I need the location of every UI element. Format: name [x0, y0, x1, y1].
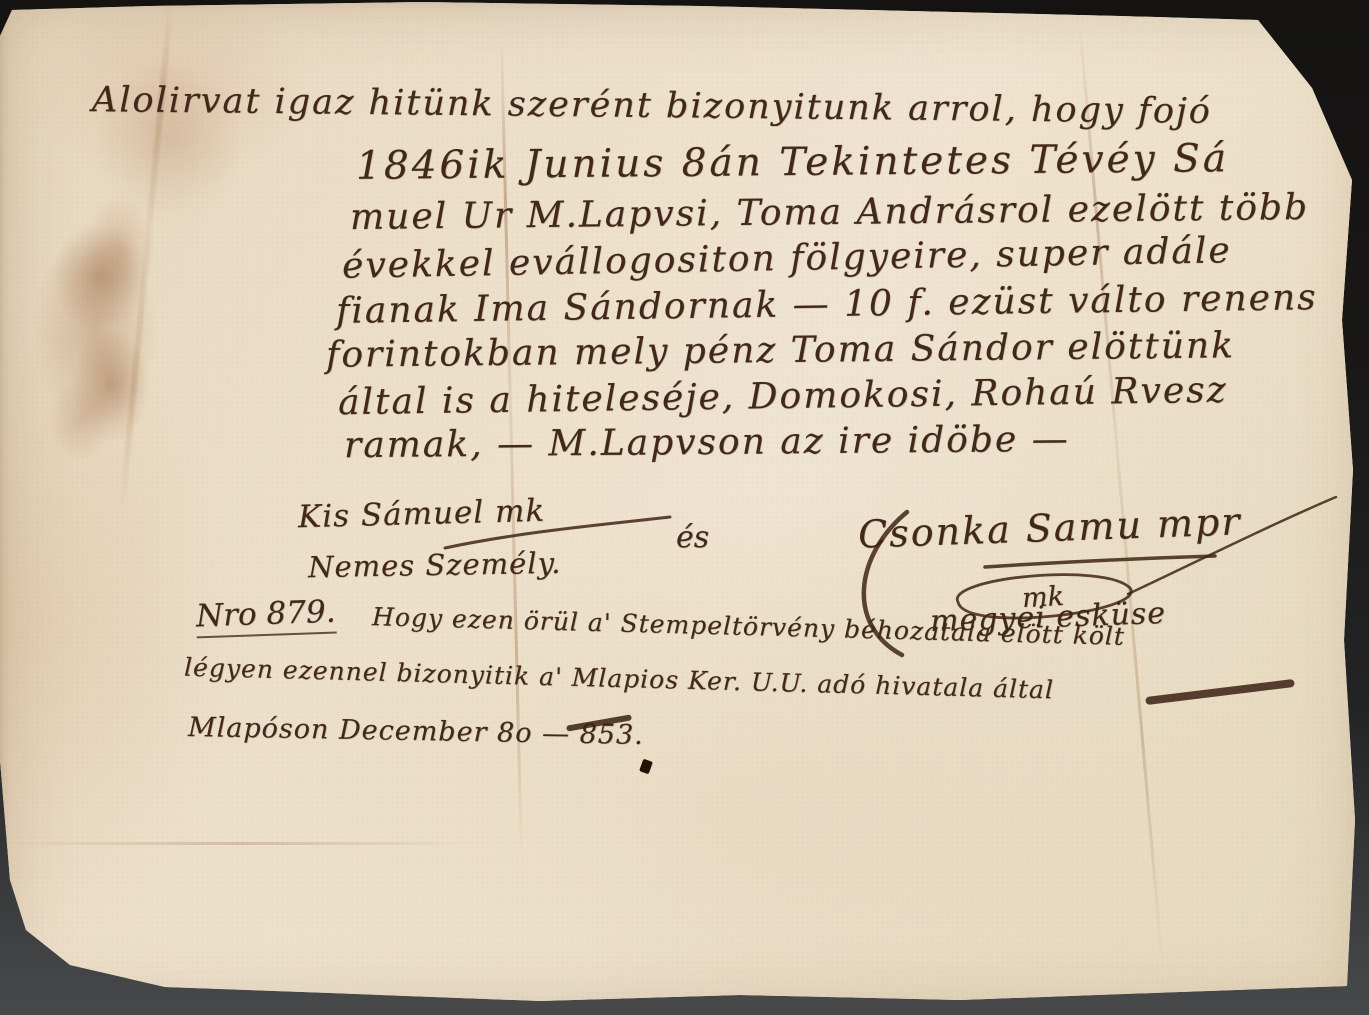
ink-stain [52, 222, 147, 332]
endorsement-number-text: Nro 879. [195, 594, 336, 639]
fold-crease-horizontal [0, 842, 480, 845]
document-scan: Alolirvat igaz hitünk szerént bizonyitun… [0, 0, 1369, 1015]
ink-stain [72, 328, 150, 443]
body-line-8: ramak, — M.Lapvson az ire idöbe — [344, 419, 1070, 466]
endorsement-number: Nro 879. [195, 594, 336, 635]
signature-left-name: Kis Sámuel mk [298, 493, 546, 535]
signature-left-title: Nemes Személy. [308, 546, 562, 584]
body-line-2: 1846ik Junius 8án Tekintetes Tévéy Sá [356, 136, 1229, 189]
signature-conjunction: és [676, 520, 709, 555]
